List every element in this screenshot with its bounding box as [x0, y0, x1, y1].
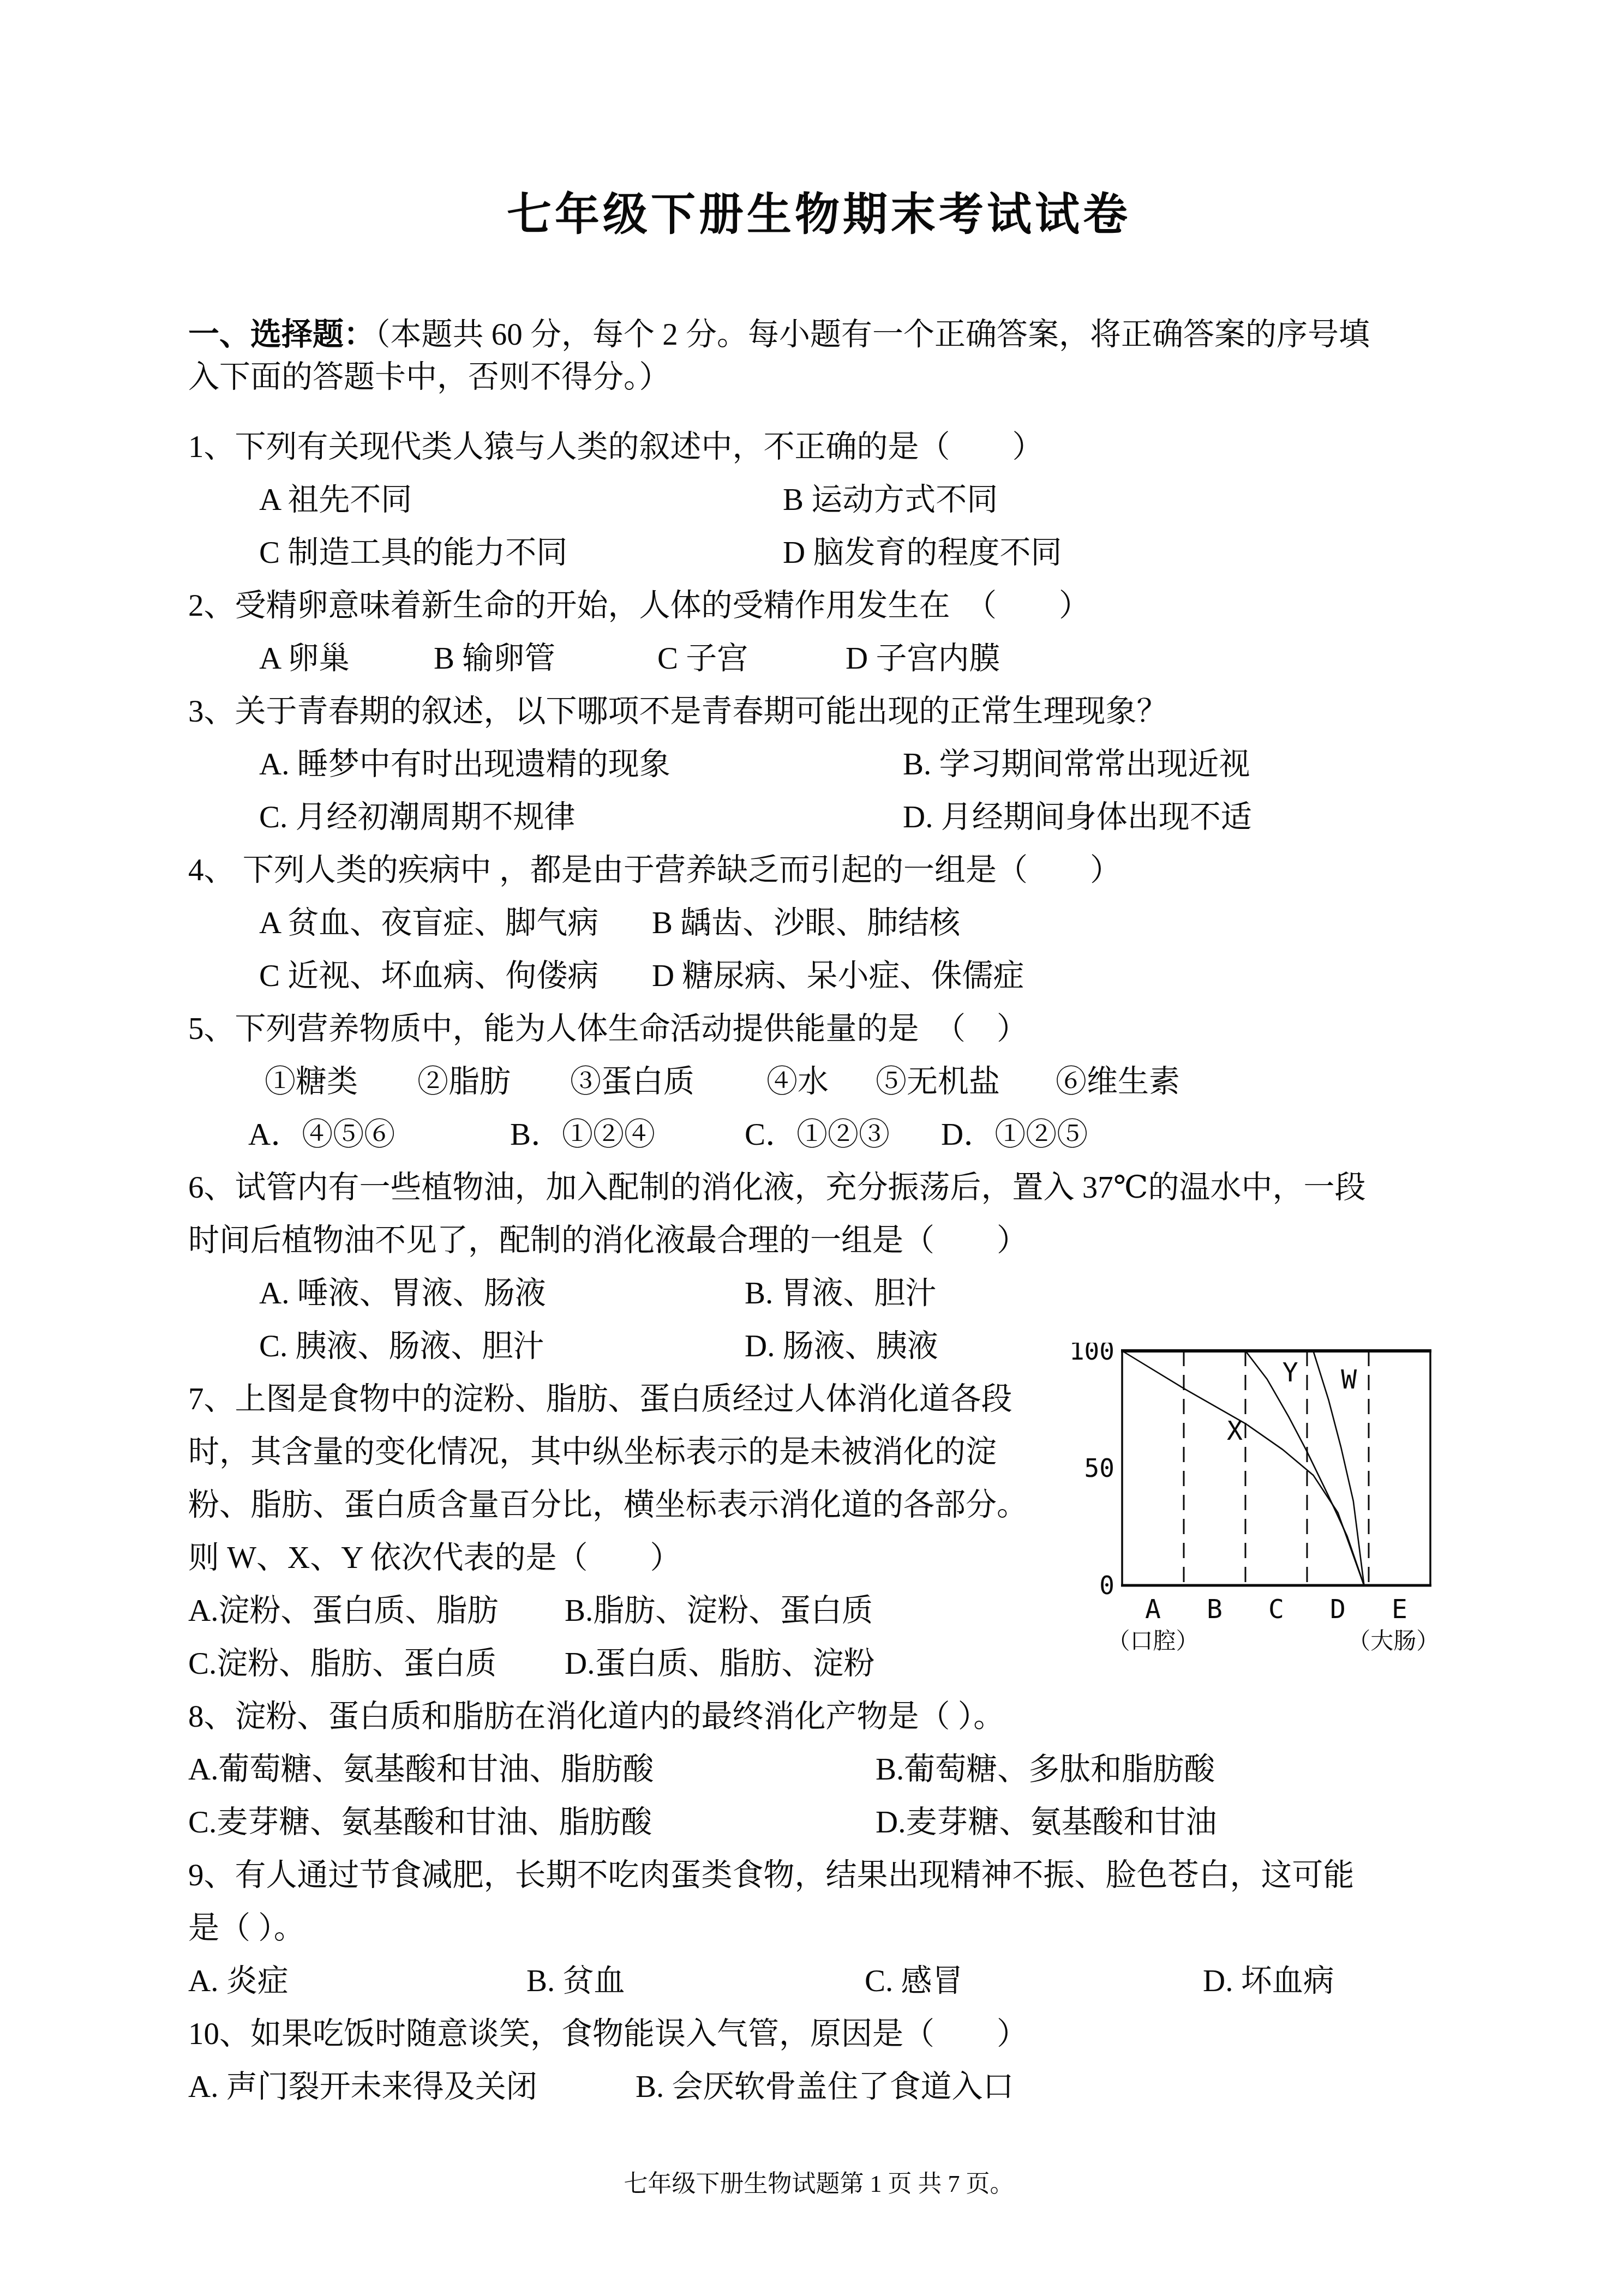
question-6-option-a: A. 唾液、胃液、肠液: [259, 1267, 745, 1320]
question-4-stem: 4、 下列人类的疾病中 ，都是由于营养缺乏而引起的一组是（ ）: [188, 844, 1449, 897]
question-7: 7、上图是食物中的淀粉、脂肪、蛋白质经过人体消化道各段 时，其含量的变化情况，其…: [188, 1373, 1449, 1690]
svg-text:A: A: [1145, 1594, 1161, 1625]
page-title: 七年级下册生物期末考试试卷: [188, 188, 1449, 242]
question-9-option-c: C. 感冒: [865, 1955, 1203, 2008]
question-2-stem: 2、受精卵意味着新生命的开始，人体的受精作用发生在 （ ）: [188, 579, 1449, 632]
question-5-option-c: C．①②③: [745, 1108, 941, 1161]
question-3-option-a: A. 睡梦中有时出现遗精的现象: [259, 738, 903, 791]
question-9-option-b: B. 贫血: [526, 1955, 865, 2008]
question-9-stem-line-1: 9、有人通过节食减肥，长期不吃肉蛋类食物，结果出现精神不振、脸色苍白，这可能: [188, 1849, 1449, 1902]
question-5-stem: 5、下列营养物质中，能为人体生命活动提供能量的是 （ ）: [188, 1002, 1449, 1055]
section-label: 一、选择题：: [188, 317, 375, 352]
question-8-option-d: D.麦芽糖、氨基酸和甘油: [876, 1796, 1216, 1849]
svg-text:W: W: [1341, 1365, 1357, 1395]
question-4-option-a: A 贫血、夜盲症、脚气病: [259, 897, 652, 949]
question-3-option-b: B. 学习期间常常出现近视: [903, 738, 1250, 791]
question-4-option-d: D 糖尿病、呆小症、侏儒症: [652, 949, 1024, 1002]
question-5-option-b: B．①②④: [510, 1108, 745, 1161]
question-1-option-c: C 制造工具的能力不同: [259, 526, 783, 579]
question-5-item-3: ③蛋白质: [570, 1055, 766, 1108]
svg-text:X: X: [1227, 1416, 1243, 1446]
question-8: 8、淀粉、蛋白质和脂肪在消化道内的最终消化产物是（ ）。 A.葡萄糖、氨基酸和甘…: [188, 1690, 1449, 1849]
question-1-stem: 1、下列有关现代类人猿与人类的叙述中，不正确的是（ ）: [188, 420, 1449, 473]
svg-text:0: 0: [1099, 1571, 1114, 1600]
section-instructions: 一、选择题：（本题共 60 分，每个 2 分。每小题有一个正确答案，将正确答案的…: [188, 314, 1449, 399]
svg-text:50: 50: [1084, 1453, 1114, 1483]
question-8-option-a: A.葡萄糖、氨基酸和甘油、脂肪酸: [188, 1743, 876, 1796]
question-7-stem-line-2: 时，其含量的变化情况，其中纵坐标表示的是未被消化的淀: [188, 1426, 1068, 1478]
question-10: 10、如果吃饭时随意谈笑，食物能误入气管，原因是（ ） A. 声门裂开未来得及关…: [188, 2008, 1449, 2113]
question-5-item-5: ⑤无机盐: [876, 1055, 1056, 1108]
question-1-option-d: D 脑发育的程度不同: [783, 526, 1062, 579]
question-3: 3、关于青春期的叙述，以下哪项不是青春期可能出现的正常生理现象？ A. 睡梦中有…: [188, 685, 1449, 844]
question-7-option-d: D.蛋白质、脂肪、淀粉: [565, 1637, 874, 1690]
question-2-option-b: B 输卵管: [434, 632, 657, 685]
question-7-stem-line-4: 则 W、X、Y 依次代表的是（ ）: [188, 1531, 1068, 1584]
question-6-stem-line-2: 时间后植物油不见了，配制的消化液最合理的一组是（ ）: [188, 1214, 1449, 1267]
question-3-stem: 3、关于青春期的叙述，以下哪项不是青春期可能出现的正常生理现象？: [188, 685, 1449, 738]
question-3-option-c: C. 月经初潮周期不规律: [259, 791, 903, 844]
svg-text:E: E: [1392, 1594, 1407, 1625]
question-2-option-a: A 卵巢: [259, 632, 434, 685]
question-7-option-a: A.淀粉、蛋白质、脂肪: [188, 1584, 565, 1637]
question-10-stem: 10、如果吃饭时随意谈笑，食物能误入气管，原因是（ ）: [188, 2008, 1449, 2060]
svg-text:B: B: [1207, 1594, 1223, 1625]
question-5-item-1: ①糖类: [265, 1055, 417, 1108]
question-6-option-d: D. 肠液、胰液: [745, 1320, 938, 1373]
question-5-item-4: ④水: [766, 1055, 876, 1108]
svg-text:100: 100: [1069, 1343, 1114, 1366]
svg-text:D: D: [1330, 1594, 1346, 1625]
question-2-option-c: C 子宫: [657, 632, 846, 685]
page-footer: 七年级下册生物试题第 1 页 共 7 页。: [188, 2168, 1449, 2201]
instructions-line-2: 入下面的答题卡中，否则不得分。）: [188, 356, 1449, 399]
question-3-option-d: D. 月经期间身体出现不适: [903, 791, 1252, 844]
question-5: 5、下列营养物质中，能为人体生命活动提供能量的是 （ ） ①糖类 ②脂肪 ③蛋白…: [188, 1002, 1449, 1161]
question-7-text: 7、上图是食物中的淀粉、脂肪、蛋白质经过人体消化道各段 时，其含量的变化情况，其…: [188, 1373, 1068, 1690]
question-8-option-b: B.葡萄糖、多肽和脂肪酸: [876, 1743, 1215, 1796]
question-4-option-b: B 龋齿、沙眼、肺结核: [652, 897, 960, 949]
question-10-option-a: A. 声门裂开未来得及关闭: [188, 2060, 636, 2113]
exam-page: 七年级下册生物期末考试试卷 一、选择题：（本题共 60 分，每个 2 分。每小题…: [0, 0, 1624, 2296]
question-9: 9、有人通过节食减肥，长期不吃肉蛋类食物，结果出现精神不振、脸色苍白，这可能 是…: [188, 1849, 1449, 2008]
digestion-chart: XYW100500ABCDE（口腔）（大肠）: [1068, 1343, 1449, 1659]
question-7-option-b: B.脂肪、淀粉、蛋白质: [565, 1584, 873, 1637]
digestion-chart-svg: XYW100500ABCDE（口腔）（大肠）: [1068, 1343, 1449, 1656]
question-5-item-6: ⑥维生素: [1056, 1055, 1180, 1108]
question-6-option-c: C. 胰液、肠液、胆汁: [259, 1320, 745, 1373]
question-6-option-b: B. 胃液、胆汁: [745, 1267, 937, 1320]
question-5-option-a: A．④⑤⑥: [248, 1108, 510, 1161]
question-7-stem-line-3: 粉、脂肪、蛋白质含量百分比，横坐标表示消化道的各部分。: [188, 1478, 1068, 1531]
question-6-stem-line-1: 6、试管内有一些植物油，加入配制的消化液，充分振荡后，置入 37℃的温水中，一段: [188, 1161, 1449, 1214]
question-4-option-c: C 近视、坏血病、佝偻病: [259, 949, 652, 1002]
page-content: 七年级下册生物期末考试试卷 一、选择题：（本题共 60 分，每个 2 分。每小题…: [0, 0, 1624, 2201]
question-8-stem: 8、淀粉、蛋白质和脂肪在消化道内的最终消化产物是（ ）。: [188, 1690, 1449, 1743]
svg-text:（大肠）: （大肠）: [1347, 1629, 1439, 1654]
svg-text:C: C: [1268, 1594, 1284, 1625]
question-6: 6、试管内有一些植物油，加入配制的消化液，充分振荡后，置入 37℃的温水中，一段…: [188, 1161, 1449, 1373]
question-5-option-d: D．①②⑤: [941, 1108, 1088, 1161]
question-7-stem-line-1: 7、上图是食物中的淀粉、脂肪、蛋白质经过人体消化道各段: [188, 1373, 1068, 1426]
question-4: 4、 下列人类的疾病中 ，都是由于营养缺乏而引起的一组是（ ） A 贫血、夜盲症…: [188, 844, 1449, 1002]
question-9-option-d: D. 坏血病: [1203, 1955, 1334, 2008]
question-1-option-b: B 运动方式不同: [783, 473, 998, 526]
question-1: 1、下列有关现代类人猿与人类的叙述中，不正确的是（ ） A 祖先不同 B 运动方…: [188, 420, 1449, 579]
svg-text:Y: Y: [1283, 1357, 1298, 1388]
question-2: 2、受精卵意味着新生命的开始，人体的受精作用发生在 （ ） A 卵巢 B 输卵管…: [188, 579, 1449, 685]
question-1-option-a: A 祖先不同: [259, 473, 783, 526]
question-7-option-c: C.淀粉、脂肪、蛋白质: [188, 1637, 565, 1690]
question-5-item-2: ②脂肪: [417, 1055, 570, 1108]
svg-text:（口腔）: （口腔）: [1107, 1629, 1198, 1654]
question-2-option-d: D 子宫内膜: [846, 632, 1000, 685]
question-9-option-a: A. 炎症: [188, 1955, 526, 2008]
question-10-option-b: B. 会厌软骨盖住了食道入口: [636, 2060, 1014, 2113]
instructions-line-1: （本题共 60 分，每个 2 分。每小题有一个正确答案，将正确答案的序号填: [375, 317, 1370, 352]
question-9-stem-line-2: 是（ ）。: [188, 1902, 1449, 1955]
question-8-option-c: C.麦芽糖、氨基酸和甘油、脂肪酸: [188, 1796, 876, 1849]
